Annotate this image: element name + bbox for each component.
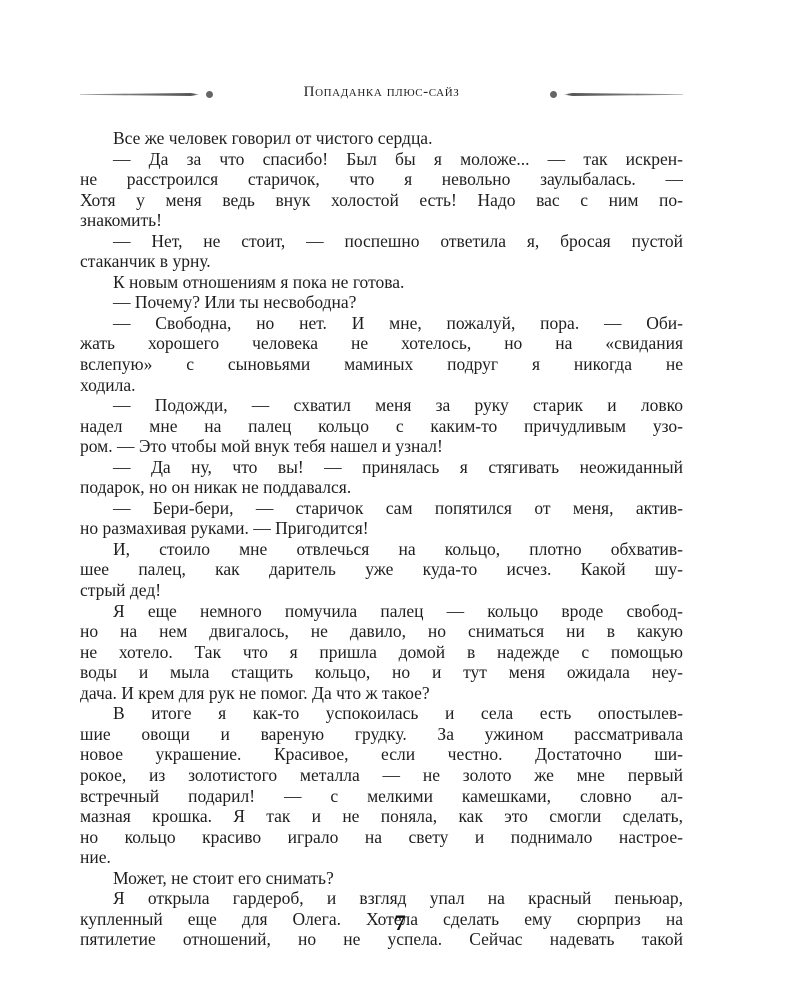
page-number: 7	[0, 910, 800, 936]
text-line: Может, не стоит его снимать?	[80, 868, 683, 889]
text-line: не хотело. Так что я пришла домой в наде…	[80, 642, 683, 663]
text-line: не расстроился старичок, что я невольно …	[80, 169, 683, 190]
text-line: знакомить!	[80, 210, 683, 231]
text-line: К новым отношениям я пока не готова.	[80, 272, 683, 293]
text-line: — Почему? Или ты несвободна?	[80, 292, 683, 313]
body-text: Все же человек говорил от чистого сердца…	[80, 128, 683, 950]
text-line: но кольцо красиво играло на свету и подн…	[80, 827, 683, 848]
book-title-header: Попаданка плюс-сайз	[80, 84, 683, 101]
text-line: но на нем двигалось, не давило, но снима…	[80, 621, 683, 642]
text-line: — Нет, не стоит, — поспешно ответила я, …	[80, 231, 683, 252]
text-line: надел мне на палец кольцо с каким-то при…	[80, 416, 683, 437]
text-line: И, стоило мне отвлечься на кольцо, плотн…	[80, 539, 683, 560]
text-line: жать хорошего человека не хотелось, но н…	[80, 333, 683, 354]
text-line: стрый дед!	[80, 580, 683, 601]
text-line: ходила.	[80, 375, 683, 396]
text-line: новое украшение. Красивое, если честно. …	[80, 744, 683, 765]
text-line: — Бери-бери, — старичок сам попятился от…	[80, 498, 683, 519]
text-line: дача. И крем для рук не помог. Да что ж …	[80, 683, 683, 704]
text-line: — Да ну, что вы! — принялась я стягивать…	[80, 457, 683, 478]
text-line: Хотя у меня ведь внук холостой есть! Над…	[80, 190, 683, 211]
text-line: воды и мыла стащить кольцо, но и тут мен…	[80, 662, 683, 683]
text-line: — Подожди, — схватил меня за руку старик…	[80, 395, 683, 416]
text-line: Я еще немного помучила палец — кольцо вр…	[80, 601, 683, 622]
text-line: — Да за что спасибо! Был бы я моложе... …	[80, 149, 683, 170]
text-line: но размахивая руками. — Пригодится!	[80, 518, 683, 539]
text-line: встречный подарил! — с мелкими камешками…	[80, 786, 683, 807]
text-line: Все же человек говорил от чистого сердца…	[80, 128, 683, 149]
text-line: мазная крошка. Я так и не поняла, как эт…	[80, 806, 683, 827]
text-line: — Свободна, но нет. И мне, пожалуй, пора…	[80, 313, 683, 334]
text-line: ром. — Это чтобы мой внук тебя нашел и у…	[80, 436, 683, 457]
text-line: ние.	[80, 847, 683, 868]
text-line: шие овощи и вареную грудку. За ужином ра…	[80, 724, 683, 745]
text-line: В итоге я как-то успокоилась и села есть…	[80, 703, 683, 724]
text-line: стаканчик в урну.	[80, 251, 683, 272]
text-line: вслепую» с сыновьями маминых подруг я ни…	[80, 354, 683, 375]
text-line: шее палец, как даритель уже куда-то исче…	[80, 559, 683, 580]
text-line: рокое, из золотистого металла — не золот…	[80, 765, 683, 786]
text-line: подарок, но он никак не поддавался.	[80, 477, 683, 498]
running-head: Попаданка плюс-сайз	[80, 82, 683, 106]
ornament-dot-right-icon	[550, 91, 557, 98]
text-line: Я открыла гардероб, и взгляд упал на кра…	[80, 888, 683, 909]
